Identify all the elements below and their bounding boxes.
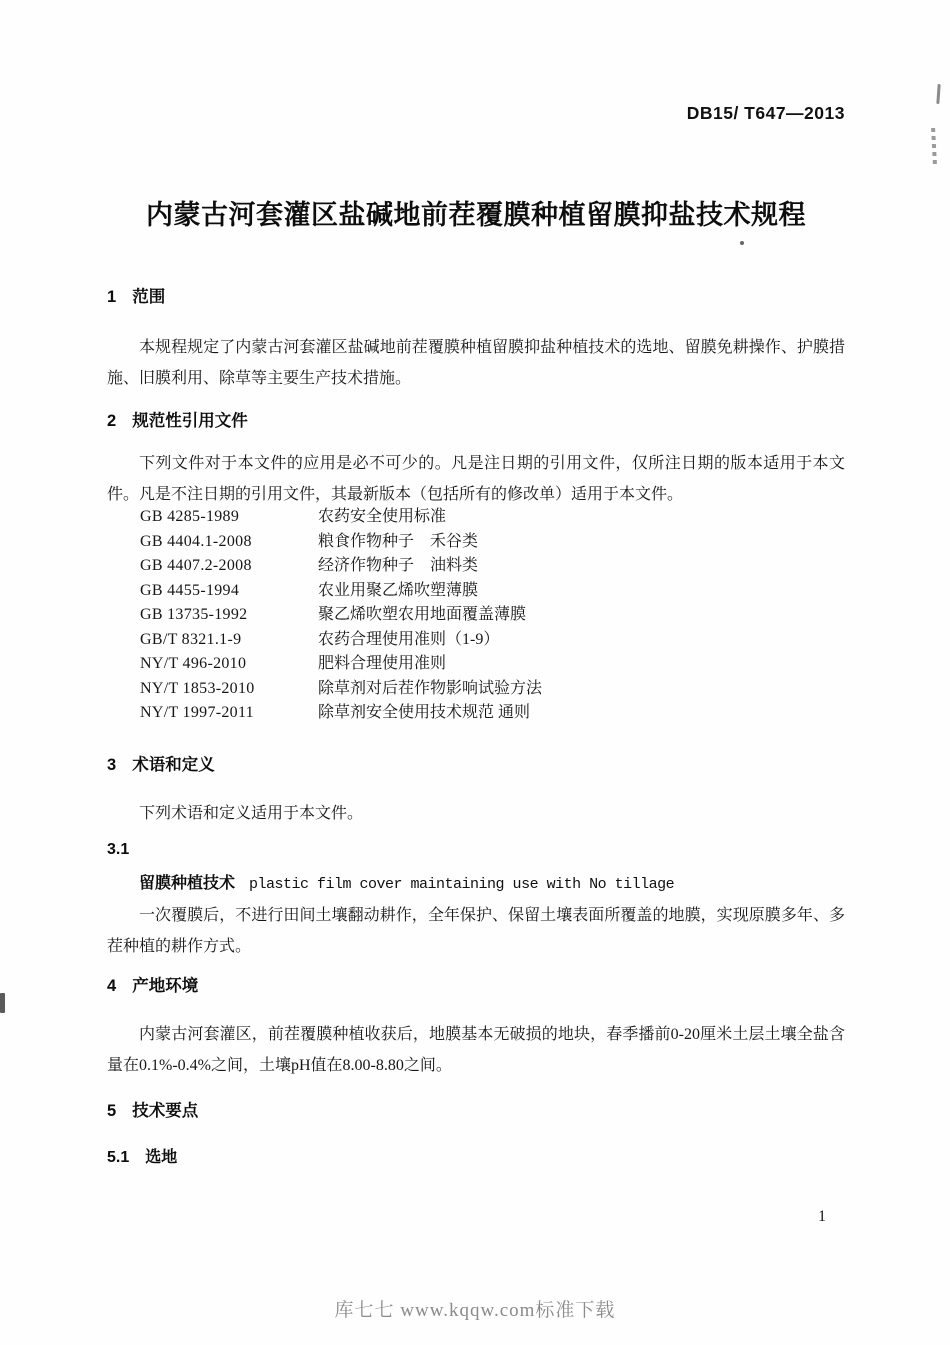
section-4-number: 4	[107, 977, 116, 995]
reference-title: 农业用聚乙烯吹塑薄膜	[318, 582, 478, 599]
reference-title: 除草剂对后茬作物影响试验方法	[318, 680, 542, 697]
reference-item: GB/T 8321.1-9农药合理使用准则（1-9）	[107, 628, 845, 653]
reference-code: GB/T 8321.1-9	[140, 628, 318, 653]
reference-item: GB 13735-1992聚乙烯吹塑农用地面覆盖薄膜	[107, 603, 845, 628]
section-1-label: 范围	[132, 288, 165, 306]
section-5-number: 5	[107, 1102, 116, 1120]
term-chinese: 留膜种植技术	[139, 875, 235, 892]
reference-code: GB 4455-1994	[140, 579, 318, 604]
reference-title: 经济作物种子 油料类	[318, 557, 478, 574]
clause-3-1-number: 3.1	[107, 839, 845, 861]
section-3-paragraph: 下列术语和定义适用于本文件。	[107, 798, 845, 829]
reference-item: NY/T 1997-2011除草剂安全使用技术规范 通则	[107, 701, 845, 726]
page-content: DB15/ T647—2013 内蒙古河套灌区盐碱地前茬覆膜种植留膜抑盐技术规程…	[107, 0, 845, 1169]
section-3-number: 3	[107, 756, 116, 774]
section-2-paragraph: 下列文件对于本文件的应用是必不可少的。凡是注日期的引用文件，仅所注日期的版本适用…	[107, 448, 845, 510]
reference-title: 农药安全使用标准	[318, 508, 446, 525]
section-4-heading: 4产地环境	[107, 975, 845, 997]
section-2-number: 2	[107, 412, 116, 430]
scanned-standard-page: DB15/ T647—2013 内蒙古河套灌区盐碱地前茬覆膜种植留膜抑盐技术规程…	[0, 0, 950, 1345]
reference-code: NY/T 1853-2010	[140, 677, 318, 702]
reference-item: GB 4404.1-2008粮食作物种子 禾谷类	[107, 530, 845, 555]
reference-title: 除草剂安全使用技术规范 通则	[318, 704, 530, 721]
reference-title: 粮食作物种子 禾谷类	[318, 533, 478, 550]
term-definition-line: 留膜种植技术plastic film cover maintaining use…	[107, 872, 845, 897]
section-5-heading: 5技术要点	[107, 1100, 845, 1122]
reference-item: NY/T 1853-2010除草剂对后茬作物影响试验方法	[107, 677, 845, 702]
page-title: 内蒙古河套灌区盐碱地前茬覆膜种植留膜抑盐技术规程	[107, 198, 845, 232]
reference-item: GB 4455-1994农业用聚乙烯吹塑薄膜	[107, 579, 845, 604]
reference-title: 聚乙烯吹塑农用地面覆盖薄膜	[318, 606, 526, 623]
reference-code: GB 4285-1989	[140, 505, 318, 530]
section-4-paragraph: 内蒙古河套灌区，前茬覆膜种植收获后，地膜基本无破损的地块，春季播前0-20厘米土…	[107, 1019, 845, 1081]
reference-item: NY/T 496-2010肥料合理使用准则	[107, 652, 845, 677]
clause-5-1-heading: 5.1选地	[107, 1147, 845, 1169]
clause-5-1-label: 选地	[145, 1149, 177, 1166]
reference-code: NY/T 1997-2011	[140, 701, 318, 726]
reference-title: 农药合理使用准则（1-9）	[318, 631, 499, 648]
reference-code: NY/T 496-2010	[140, 652, 318, 677]
section-1-heading: 1范围	[107, 286, 845, 308]
scan-artifact	[0, 993, 5, 1013]
section-2-label: 规范性引用文件	[132, 412, 248, 430]
doc-code: DB15/ T647—2013	[107, 103, 845, 123]
reference-list: GB 4285-1989农药安全使用标准 GB 4404.1-2008粮食作物种…	[107, 505, 845, 726]
clause-5-1-number: 5.1	[107, 1149, 129, 1166]
section-1-paragraph: 本规程规定了内蒙古河套灌区盐碱地前茬覆膜种植留膜抑盐种植技术的选地、留膜免耕操作…	[107, 332, 845, 394]
section-3-heading: 3术语和定义	[107, 754, 845, 776]
watermark-footer: 库七七 www.kqqw.com标准下载	[0, 1295, 950, 1322]
section-1-number: 1	[107, 288, 116, 306]
reference-code: GB 4407.2-2008	[140, 554, 318, 579]
section-5-label: 技术要点	[132, 1102, 198, 1120]
reference-item: GB 4407.2-2008经济作物种子 油料类	[107, 554, 845, 579]
term-definition-body: 一次覆膜后，不进行田间土壤翻动耕作，全年保护、保留土壤表面所覆盖的地膜，实现原膜…	[107, 900, 845, 962]
section-2-heading: 2规范性引用文件	[107, 410, 845, 432]
scan-artifact	[931, 128, 937, 164]
scan-artifact	[740, 241, 744, 245]
reference-title: 肥料合理使用准则	[318, 655, 446, 672]
term-english: plastic film cover maintaining use with …	[249, 876, 674, 893]
reference-code: GB 4404.1-2008	[140, 530, 318, 555]
page-number: 1	[818, 1206, 826, 1228]
reference-code: GB 13735-1992	[140, 603, 318, 628]
section-4-label: 产地环境	[132, 977, 198, 995]
scan-artifact	[936, 84, 940, 104]
section-3-label: 术语和定义	[132, 756, 215, 774]
